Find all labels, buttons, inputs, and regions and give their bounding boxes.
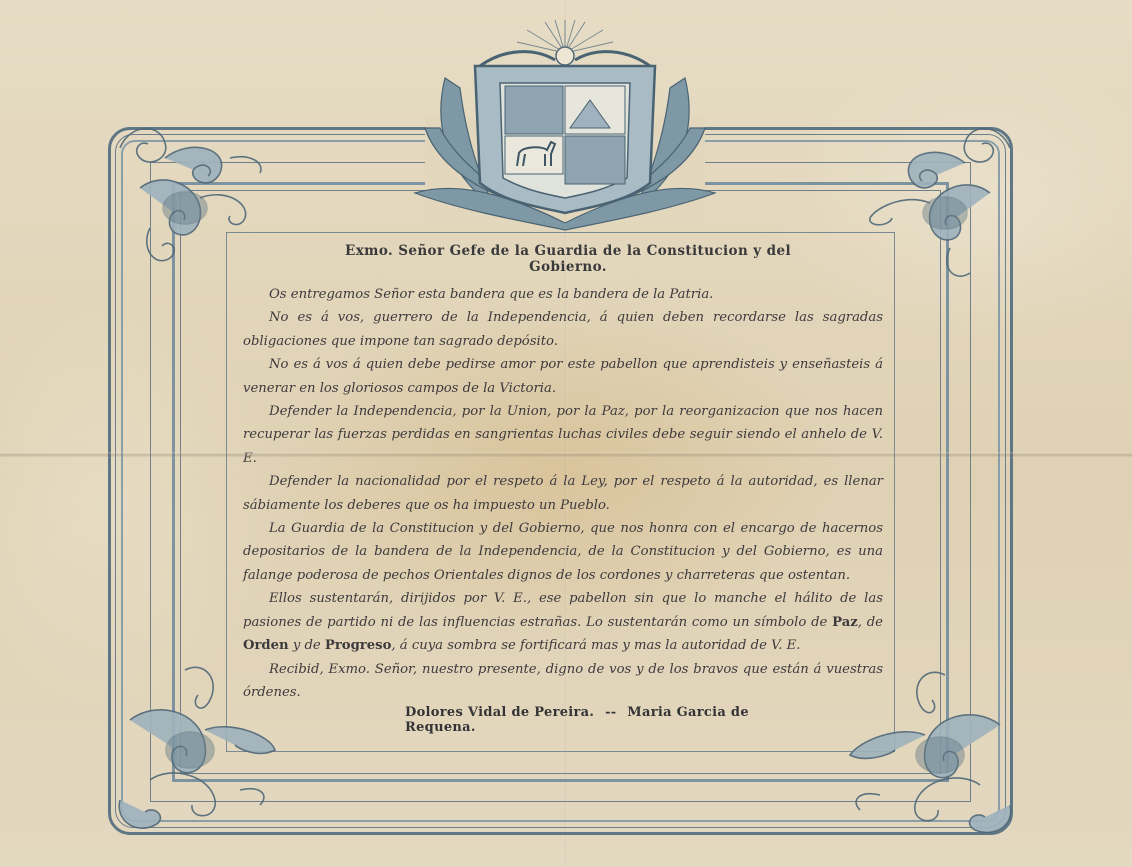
paragraph-text: , á cuya sombra se fortificará mas y mas… [391, 638, 800, 653]
paragraph-text: y de [289, 638, 325, 653]
emphasis-progreso: Progreso [325, 638, 391, 653]
paragraph: Defender la Independencia, por la Union,… [243, 400, 883, 470]
paragraph-text: , de [858, 615, 883, 630]
paragraph: La Guardia de la Constitucion y del Gobi… [243, 517, 883, 587]
emphasis-orden: Orden [243, 638, 289, 653]
document-heading: Exmo. Señor Gefe de la Guardia de la Con… [318, 243, 818, 275]
document-body: Os entregamos Señor esta bandera que es … [243, 283, 883, 704]
rococo-corner-ornament-top-left-icon [110, 118, 300, 278]
emphasis-paz: Paz [832, 615, 858, 630]
rococo-corner-ornament-top-right-icon [830, 118, 1020, 288]
signatures: Dolores Vidal de Pereira. -- Maria Garci… [405, 705, 805, 735]
signature-first: Dolores Vidal de Pereira. [405, 705, 594, 720]
paper-fold-horizontal [0, 452, 1132, 458]
paragraph: Defender la nacionalidad por el respeto … [243, 470, 883, 517]
paragraph: No es á vos á quien debe pedirse amor po… [243, 353, 883, 400]
paragraph: Ellos sustentarán, dirijidos por V. E., … [243, 587, 883, 657]
closing-paragraph: Recibid, Exmo. Señor, nuestro presente, … [243, 658, 883, 705]
paragraph-text: Ellos sustentarán, dirijidos por V. E., … [243, 591, 883, 629]
paragraph: Os entregamos Señor esta bandera que es … [243, 283, 883, 306]
signature-separator: -- [605, 705, 616, 720]
coat-of-arms-icon [405, 8, 725, 233]
paragraph: No es á vos, guerrero de la Independenci… [243, 306, 883, 353]
